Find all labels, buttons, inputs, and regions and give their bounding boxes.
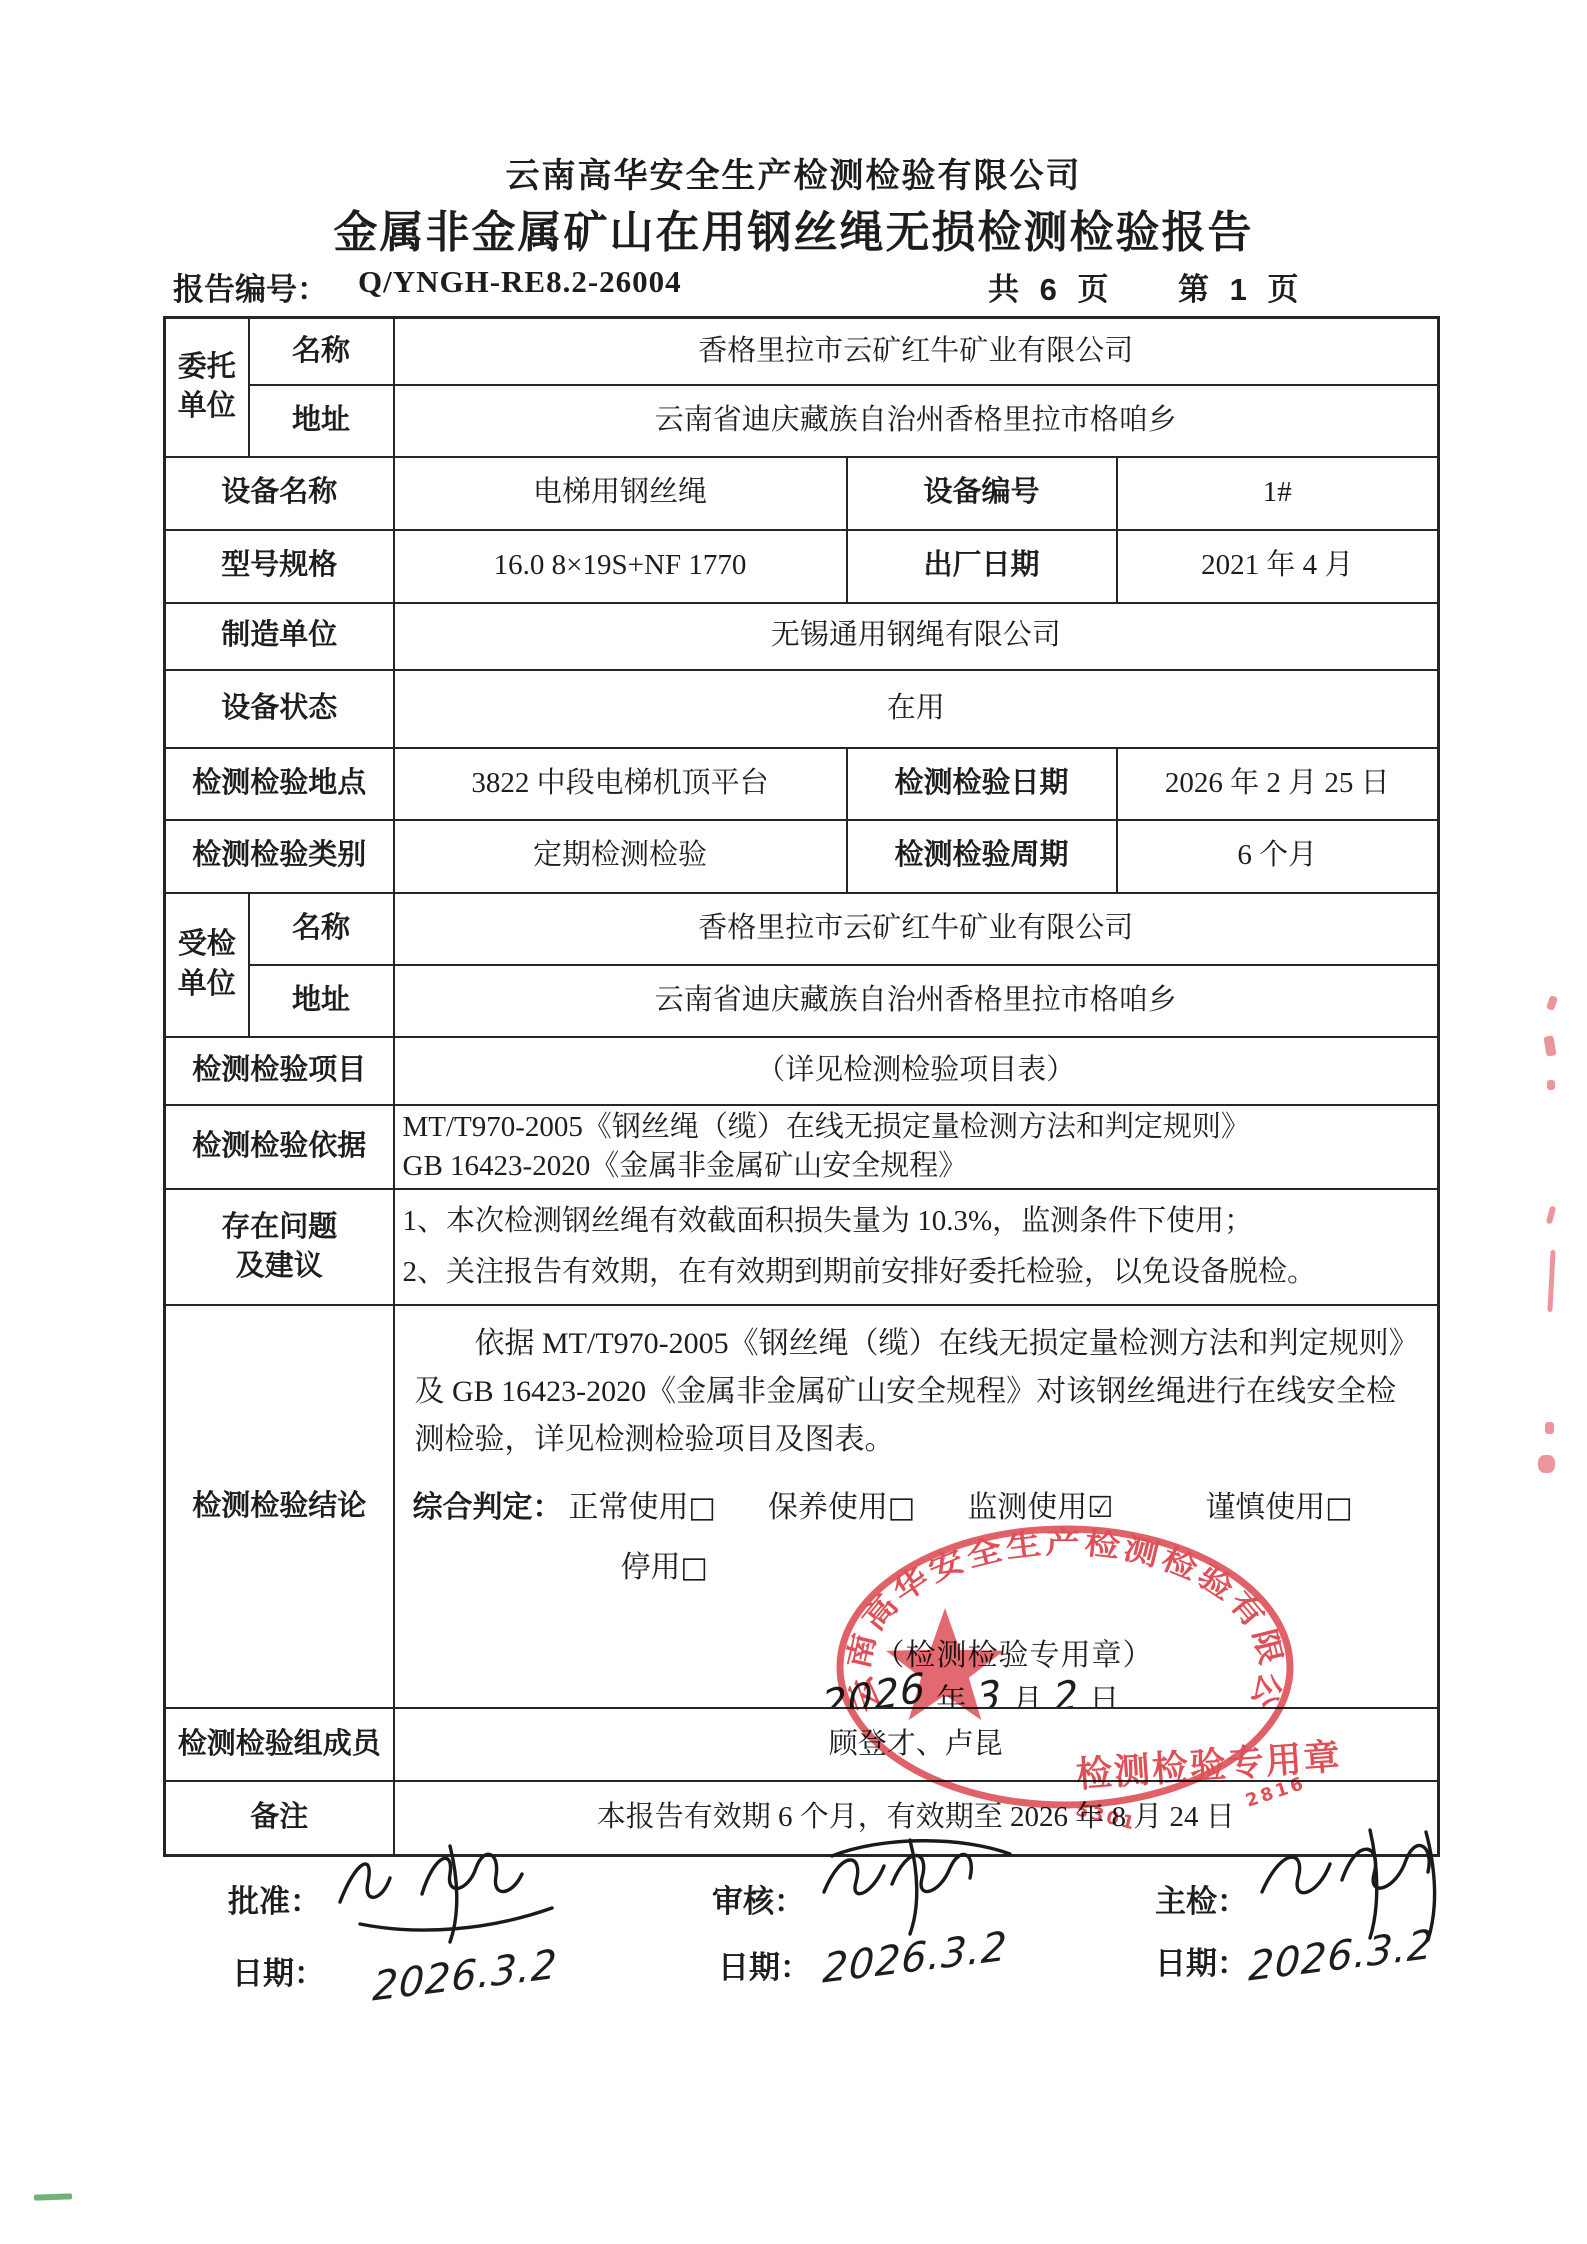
table-row: 地址 云南省迪庆藏族自治州香格里拉市格咱乡: [165, 965, 1439, 1037]
basis-value: MT/T970-2005《钢丝绳（缆）在线无损定量检测方法和判定规则》 GB 1…: [394, 1105, 1439, 1189]
scan-artifact: [1546, 1206, 1556, 1225]
status-label: 设备状态: [165, 670, 394, 748]
table-row: 检测检验类别 定期检测检验 检测检验周期 6 个月: [165, 820, 1439, 893]
checkbox-unchecked-icon: □: [1325, 1490, 1352, 1524]
insp-type-value: 定期检测检验: [394, 820, 847, 893]
scan-artifact: [1546, 995, 1558, 1011]
verdict-line: 综合判定： 正常使用□ 保养使用□ 监测使用☑ 谨慎使用□: [413, 1488, 1426, 1529]
insp-date-label: 检测检验日期: [847, 748, 1117, 820]
remark-value: 本报告有效期 6 个月，有效期至 2026 年 8 月 24 日: [394, 1781, 1439, 1856]
table-row: 检测检验依据 MT/T970-2005《钢丝绳（缆）在线无损定量检测方法和判定规…: [165, 1105, 1439, 1189]
checkbox-unchecked-icon: □: [689, 1490, 716, 1524]
inspected-name-value: 香格里拉市云矿红牛矿业有限公司: [394, 893, 1439, 965]
scan-artifact: [1543, 1035, 1556, 1056]
model-value: 16.0 8×19S+NF 1770: [394, 530, 847, 603]
issues-label: 存在问题 及建议: [165, 1189, 394, 1305]
table-row: 检测检验地点 3822 中段电梯机顶平台 检测检验日期 2026 年 2 月 2…: [165, 748, 1439, 820]
checkbox-checked-icon: ☑: [1087, 1490, 1113, 1524]
items-value: （详见检测检验项目表）: [394, 1037, 1439, 1105]
handwritten-day: 2: [1052, 1667, 1080, 1708]
client-name-label: 名称: [249, 318, 394, 385]
approve-date: 2026.3.2: [372, 1952, 558, 1999]
insp-cycle-value: 6 个月: [1117, 820, 1439, 893]
report-page: 云南高华安全生产检测检验有限公司 金属非金属矿山在用钢丝绳无损检测检验报告 报告…: [0, 0, 1587, 2244]
review-label: 审核：: [712, 1876, 805, 1921]
conclusion-label: 检测检验结论: [165, 1305, 394, 1708]
checkbox-unchecked-icon: □: [681, 1550, 708, 1584]
table-row: 设备状态 在用: [165, 670, 1439, 748]
mfg-date-value: 2021 年 4 月: [1117, 530, 1439, 603]
inspected-group-label: 受检 单位: [165, 893, 249, 1037]
date-label-3: 日期：: [1155, 1938, 1248, 1983]
insp-place-value: 3822 中段电梯机顶平台: [394, 748, 847, 820]
basis-line-2: GB 16423-2020《金属非金属矿山安全规程》: [403, 1147, 1430, 1186]
inspected-addr-value: 云南省迪庆藏族自治州香格里拉市格咱乡: [394, 965, 1439, 1037]
table-row: 检测检验结论 依据 MT/T970-2005《钢丝绳（缆）在线无损定量检测方法和…: [165, 1305, 1439, 1708]
client-name-value: 香格里拉市云矿红牛矿业有限公司: [394, 318, 1439, 385]
handwritten-month: 3: [976, 1667, 1004, 1708]
equipment-name-value: 电梯用钢丝绳: [394, 457, 847, 530]
maker-value: 无锡通用钢绳有限公司: [394, 603, 1439, 670]
client-addr-label: 地址: [249, 385, 394, 457]
inspected-name-label: 名称: [249, 893, 394, 965]
table-row: 受检 单位 名称 香格里拉市云矿红牛矿业有限公司: [165, 893, 1439, 965]
equipment-name-label: 设备名称: [165, 457, 394, 530]
basis-label: 检测检验依据: [165, 1105, 394, 1189]
inspected-addr-label: 地址: [249, 965, 394, 1037]
review-date: 2026.3.2: [822, 1934, 1008, 1981]
date-label-1: 日期：: [232, 1948, 325, 1993]
issue-item-2: 2、关注报告有效期，在有效期到期前安排好委托检验，以免设备脱检。: [403, 1247, 1430, 1298]
insp-type-label: 检测检验类别: [165, 820, 394, 893]
table-row: 存在问题 及建议 1、本次检测钢丝绳有效截面积损失量为 10.3%，监测条件下使…: [165, 1189, 1439, 1305]
table-row: 委托 单位 名称 香格里拉市云矿红牛矿业有限公司: [165, 318, 1439, 385]
model-label: 型号规格: [165, 530, 394, 603]
scan-artifact: [1538, 1455, 1555, 1473]
verdict-option-normal: 正常使用□: [569, 1488, 716, 1529]
page-title: 金属非金属矿山在用钢丝绳无损检测检验报告: [0, 196, 1587, 260]
approve-label: 批准：: [228, 1876, 321, 1921]
conclusion-cell: 依据 MT/T970-2005《钢丝绳（缆）在线无损定量检测方法和判定规则》及 …: [394, 1305, 1439, 1708]
scan-artifact: [1547, 1080, 1555, 1090]
table-row: 型号规格 16.0 8×19S+NF 1770 出厂日期 2021 年 4 月: [165, 530, 1439, 603]
mfg-date-label: 出厂日期: [847, 530, 1117, 603]
equipment-no-value: 1#: [1117, 457, 1439, 530]
insp-cycle-label: 检测检验周期: [847, 820, 1117, 893]
status-value: 在用: [394, 670, 1439, 748]
client-addr-value: 云南省迪庆藏族自治州香格里拉市格咱乡: [394, 385, 1439, 457]
report-no-value: Q/YNGH-RE8.2-26004: [358, 264, 682, 300]
table-row: 备注 本报告有效期 6 个月，有效期至 2026 年 8 月 24 日: [165, 1781, 1439, 1856]
table-row: 制造单位 无锡通用钢绳有限公司: [165, 603, 1439, 670]
company-title: 云南高华安全生产检测检验有限公司: [0, 148, 1587, 197]
items-label: 检测检验项目: [165, 1037, 394, 1105]
page-current: 第 1 页: [1178, 264, 1304, 309]
verdict-option-monitor: 监测使用☑: [967, 1488, 1113, 1529]
insp-date-value: 2026 年 2 月 25 日: [1117, 748, 1439, 820]
table-row: 检测检验组成员 顾登才、卢昆: [165, 1708, 1439, 1781]
equipment-no-label: 设备编号: [847, 457, 1117, 530]
chief-label: 主检：: [1155, 1876, 1248, 1921]
report-table: 委托 单位 名称 香格里拉市云矿红牛矿业有限公司 地址 云南省迪庆藏族自治州香格…: [163, 316, 1440, 1857]
scan-artifact-green: [34, 2193, 72, 2200]
verdict-label: 综合判定：: [413, 1488, 563, 1529]
chief-date: 2026.3.2: [1248, 1932, 1434, 1979]
remark-label: 备注: [165, 1781, 394, 1856]
verdict-option-maintain: 保养使用□: [768, 1488, 915, 1529]
client-group-label: 委托 单位: [165, 318, 249, 457]
table-row: 检测检验项目 （详见检测检验项目表）: [165, 1037, 1439, 1105]
stamp-date-line: 2026年3月2日: [821, 1670, 1130, 1708]
scan-artifact: [1547, 1250, 1555, 1312]
handwritten-year: 2026: [820, 1660, 926, 1707]
conclusion-paragraph: 依据 MT/T970-2005《钢丝绳（缆）在线无损定量检测方法和判定规则》及 …: [415, 1320, 1420, 1464]
pages-total: 共 6 页: [988, 264, 1114, 309]
scan-artifact: [1545, 1422, 1554, 1434]
team-label: 检测检验组成员: [165, 1708, 394, 1781]
table-row: 设备名称 电梯用钢丝绳 设备编号 1#: [165, 457, 1439, 530]
checkbox-unchecked-icon: □: [888, 1490, 915, 1524]
issue-item-1: 1、本次检测钢丝绳有效截面积损失量为 10.3%，监测条件下使用；: [403, 1196, 1430, 1247]
basis-line-1: MT/T970-2005《钢丝绳（缆）在线无损定量检测方法和判定规则》: [403, 1108, 1430, 1147]
maker-label: 制造单位: [165, 603, 394, 670]
issues-value: 1、本次检测钢丝绳有效截面积损失量为 10.3%，监测条件下使用； 2、关注报告…: [394, 1189, 1439, 1305]
verdict-option-stop: 停用□: [621, 1548, 708, 1589]
insp-place-label: 检测检验地点: [165, 748, 394, 820]
report-number-line: 报告编号： Q/YNGH-RE8.2-26004 共 6 页 第 1 页: [173, 264, 1437, 310]
report-no-label: 报告编号：: [173, 264, 328, 309]
date-label-2: 日期：: [718, 1942, 811, 1987]
verdict-option-caution: 谨慎使用□: [1205, 1488, 1352, 1529]
team-value: 顾登才、卢昆: [394, 1708, 1439, 1781]
table-row: 地址 云南省迪庆藏族自治州香格里拉市格咱乡: [165, 385, 1439, 457]
